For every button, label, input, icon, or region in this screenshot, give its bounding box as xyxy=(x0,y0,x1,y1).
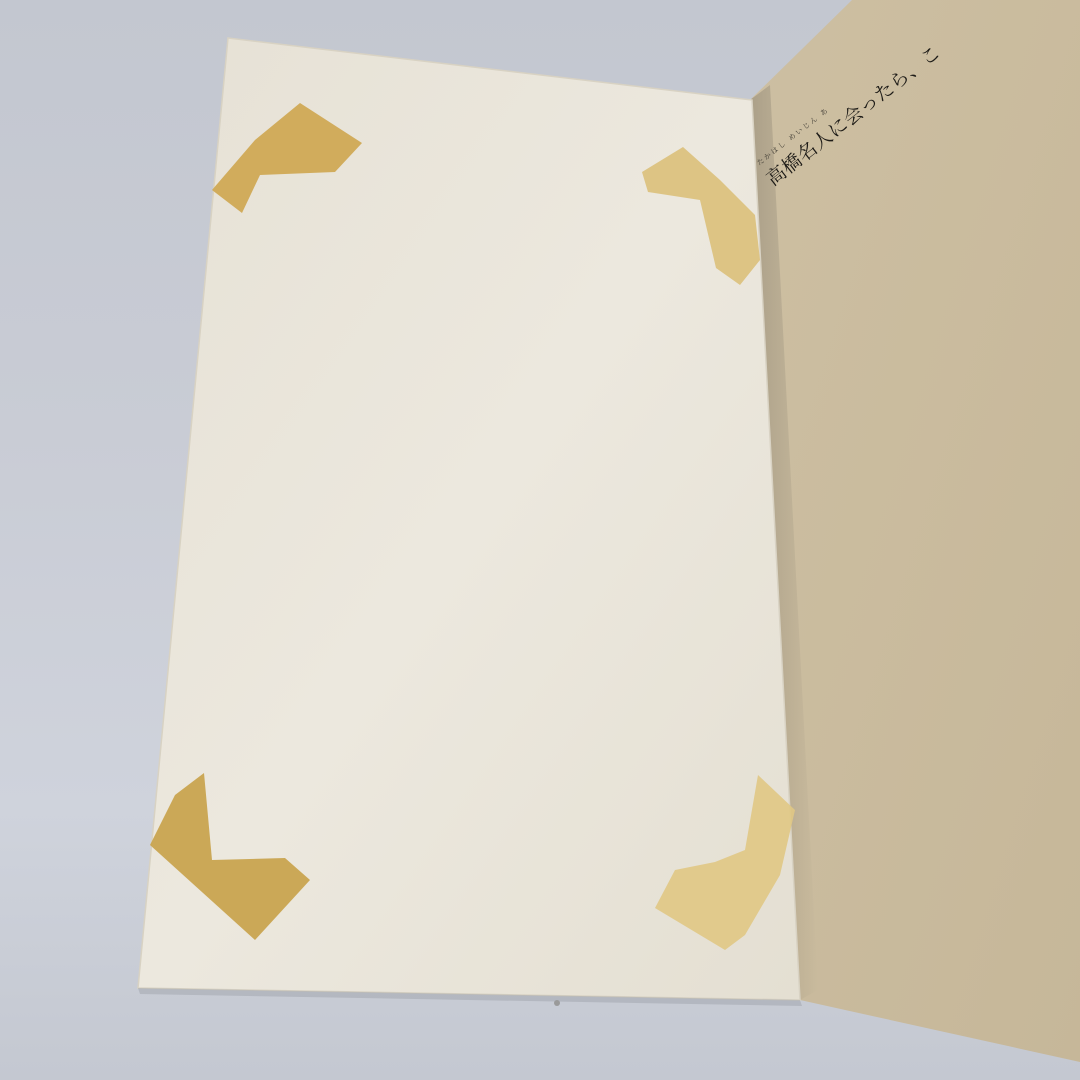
book-photo: たかはし めいじん あ 高橋名人に会ったら、こ xyxy=(0,0,1080,1080)
book-illustration xyxy=(0,0,1080,1080)
